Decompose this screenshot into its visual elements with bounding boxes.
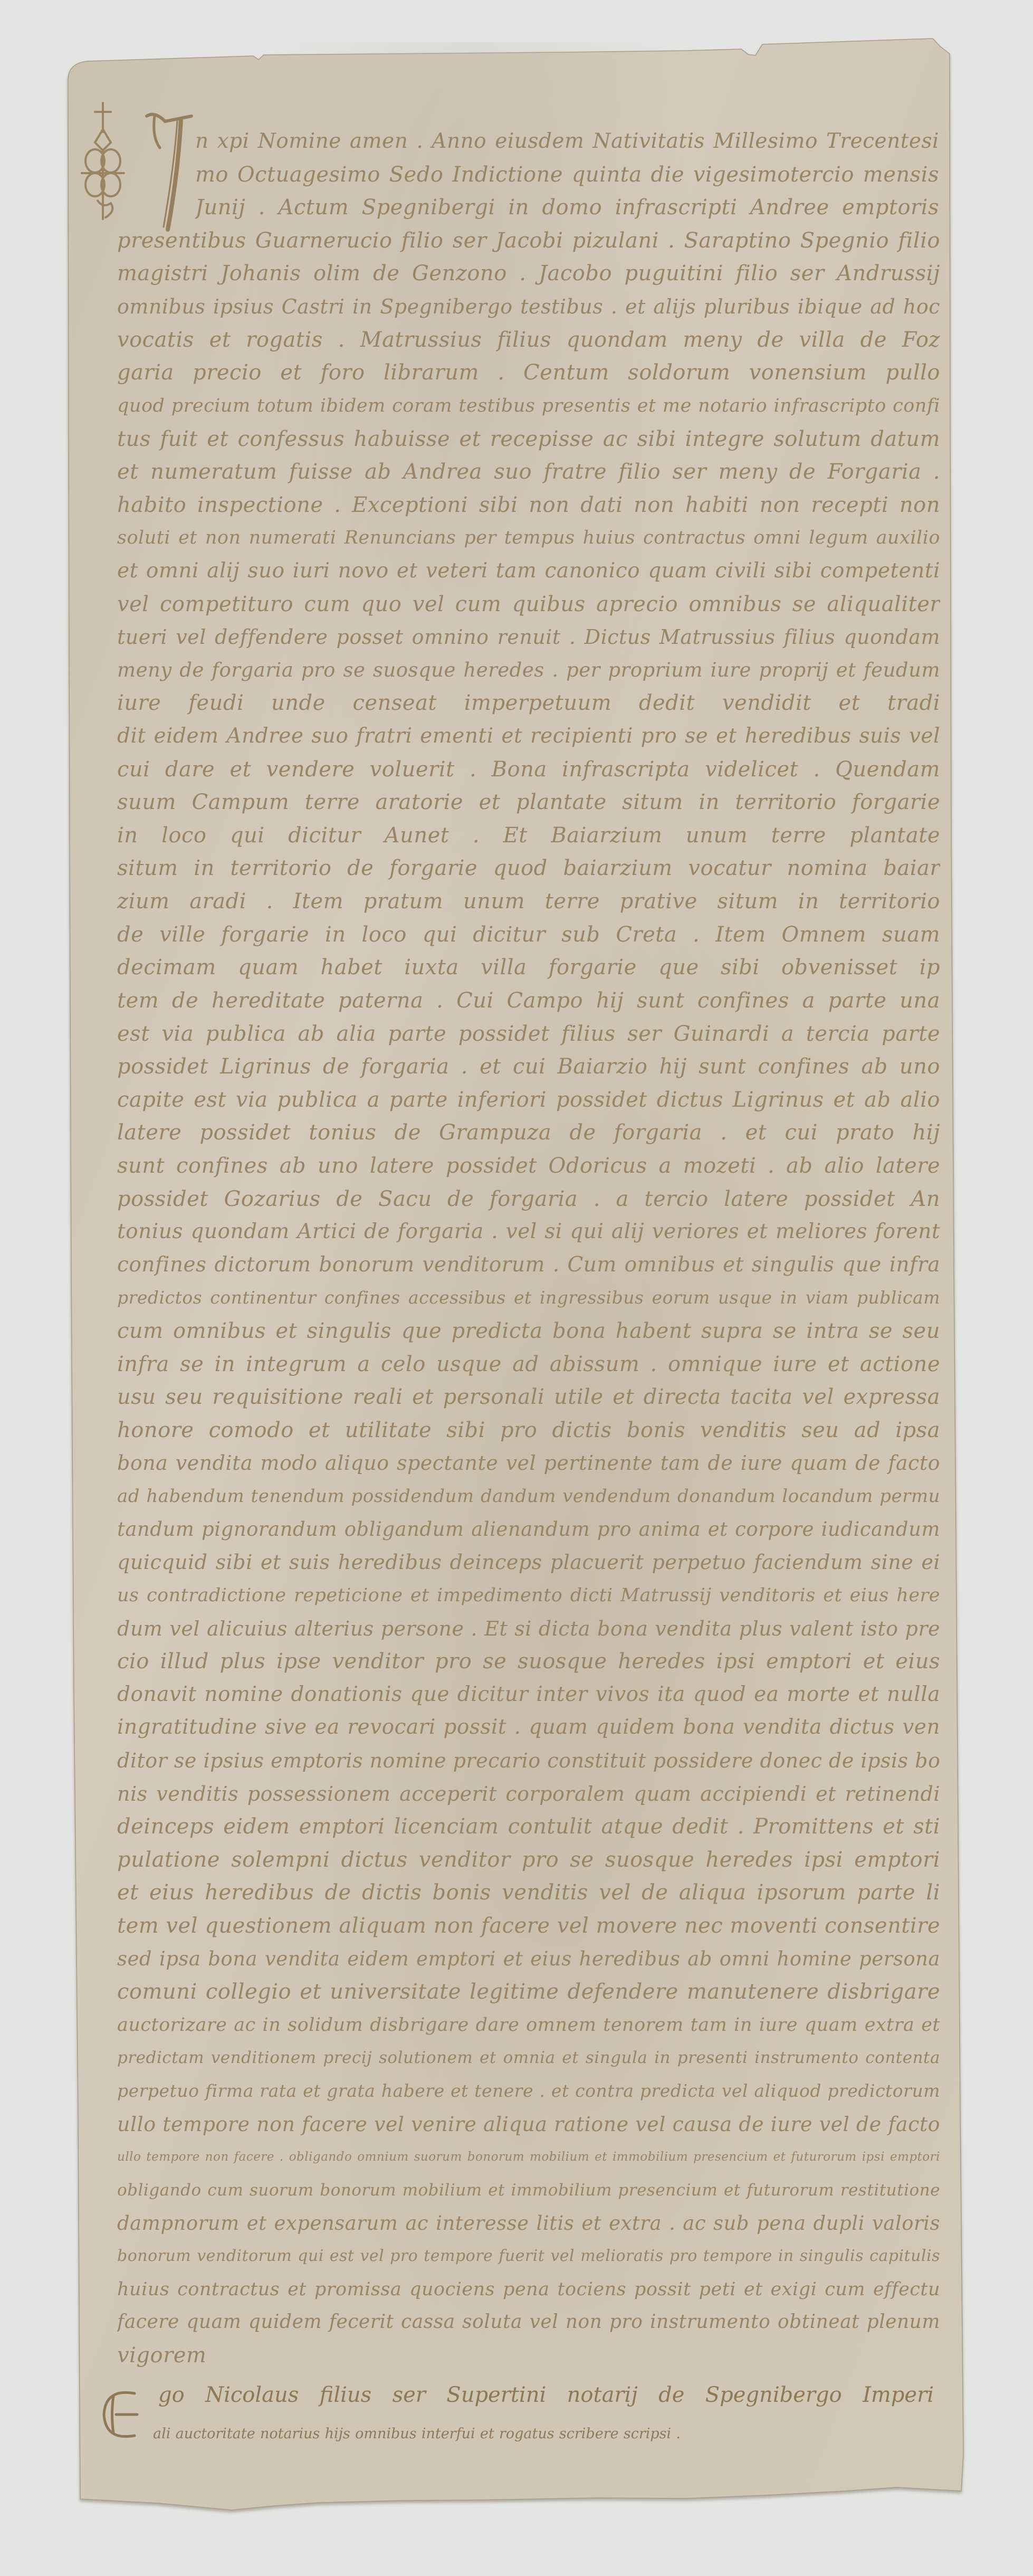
charter-line: infra se in integrum a celo usque ad abi… xyxy=(117,1348,940,1380)
charter-line: comuni collegio et universitate legitime… xyxy=(117,1976,940,2008)
charter-line: predictos continentur confines accessibu… xyxy=(117,1282,940,1314)
charter-line: bonorum venditorum qui est vel pro tempo… xyxy=(117,2240,940,2272)
charter-line: us contradictione repeticione et impedim… xyxy=(117,1580,940,1611)
charter-line: tem vel questionem aliquam non facere ve… xyxy=(117,1910,940,1942)
charter-line: et eius heredibus de dictis bonis vendit… xyxy=(117,1877,940,1908)
charter-line: meny de forgaria pro se suosque heredes … xyxy=(117,654,940,686)
charter-line: confines dictorum bonorum venditorum . C… xyxy=(117,1249,940,1281)
charter-line: cum omnibus et singulis que predicta bon… xyxy=(117,1315,940,1347)
charter-line: in loco qui dicitur Aunet . Et Baiarzium… xyxy=(117,820,940,851)
charter-line: soluti et non numerati Renuncians per te… xyxy=(117,522,940,554)
charter-line: presentibus Guarnerucio filio ser Jacobi… xyxy=(117,225,940,256)
charter-body: n xpi Nomine amen . Anno eiusdem Nativit… xyxy=(0,0,1033,2576)
charter-line: Junij . Actum Spegnibergi in domo infras… xyxy=(195,192,939,223)
charter-line: pulatione solempni dictus venditor pro s… xyxy=(117,1844,940,1876)
charter-line: ullo tempore non facere vel venire aliqu… xyxy=(117,2108,940,2140)
charter-line: n xpi Nomine amen . Anno eiusdem Nativit… xyxy=(195,126,939,157)
charter-line: facere quam quidem fecerit cassa soluta … xyxy=(117,2306,940,2338)
charter-line: mo Octuagesimo Sedo Indictione quinta di… xyxy=(195,159,939,191)
charter-line: ditor se ipsius emptoris nomine precario… xyxy=(117,1745,940,1776)
subscription-initial-icon xyxy=(98,2385,145,2444)
charter-line: magistri Johanis olim de Genzono . Jacob… xyxy=(117,258,940,289)
charter-line: quicquid sibi et suis heredibus deinceps… xyxy=(117,1546,940,1578)
charter-line: habito inspectione . Exceptioni sibi non… xyxy=(117,489,940,521)
charter-line: iure feudi unde censeat imperpetuum dedi… xyxy=(117,687,940,719)
charter-line: huius contractus et promissa quociens pe… xyxy=(117,2274,940,2305)
charter-line: situm in territorio de forgarie quod bai… xyxy=(117,852,940,884)
charter-line: latere possidet tonius de Grampuza de fo… xyxy=(117,1117,940,1148)
charter-line: possidet Ligrinus de forgaria . et cui B… xyxy=(117,1051,940,1082)
charter-line: omnibus ipsius Castri in Spegnibergo tes… xyxy=(117,291,940,322)
charter-line: vocatis et rogatis . Matrussius filius q… xyxy=(117,324,940,356)
charter-line: et numeratum fuisse ab Andrea suo fratre… xyxy=(117,456,940,488)
charter-line: dit eidem Andree suo fratri ementi et re… xyxy=(117,720,940,752)
charter-line: usu seu requisitione reali et personali … xyxy=(117,1381,940,1413)
charter-line: tonius quondam Artici de forgaria . vel … xyxy=(117,1216,940,1248)
charter-line: zium aradi . Item pratum unum terre prat… xyxy=(117,886,940,917)
charter-line: et omni alij suo iuri novo et veteri tam… xyxy=(117,555,940,587)
charter-line: predictam venditionem precij solutionem … xyxy=(117,2042,940,2074)
charter-line: ullo tempore non facere . obligando omni… xyxy=(117,2141,940,2173)
charter-line: capite est via publica a parte inferiori… xyxy=(117,1084,940,1116)
charter-line: dum vel alicuius alterius persone . Et s… xyxy=(117,1613,940,1645)
charter-line: bona vendita modo aliquo spectante vel p… xyxy=(117,1447,940,1479)
charter-line: deinceps eidem emptori licenciam contuli… xyxy=(117,1811,940,1842)
charter-line: garia precio et foro librarum . Centum s… xyxy=(117,357,940,388)
charter-line: nis venditis possessionem acceperit corp… xyxy=(117,1778,940,1810)
charter-line: tus fuit et confessus habuisse et recepi… xyxy=(117,423,940,455)
notary-subscription-line-1: go Nicolaus filius ser Supertini notarij… xyxy=(158,2379,934,2411)
notary-subscription-line-2: ali auctoritate notarius hijs omnibus in… xyxy=(153,2418,681,2450)
charter-line: sunt confines ab uno latere possidet Odo… xyxy=(117,1150,940,1182)
charter-line: obligando cum suorum bonorum mobilium et… xyxy=(117,2174,940,2206)
charter-line: possidet Gozarius de Sacu de forgaria . … xyxy=(117,1183,940,1215)
charter-line: dampnorum et expensarum ac interesse lit… xyxy=(117,2208,940,2239)
charter-line: auctorizare ac in solidum disbrigare dar… xyxy=(117,2009,940,2041)
charter-line: est via publica ab alia parte possidet f… xyxy=(117,1018,940,1050)
charter-line: cio illud plus ipse venditor pro se suos… xyxy=(117,1646,940,1677)
charter-line: perpetuo firma rata et grata habere et t… xyxy=(117,2075,940,2107)
charter-line: tueri vel deffendere posset omnino renui… xyxy=(117,621,940,653)
charter-line: decimam quam habet iuxta villa forgarie … xyxy=(117,952,940,983)
charter-line: tem de hereditate paterna . Cui Campo hi… xyxy=(117,985,940,1016)
charter-line: ingratitudine sive ea revocari possit . … xyxy=(117,1712,940,1743)
charter-line: ad habendum tenendum possidendum dandum … xyxy=(117,1480,940,1512)
charter-line: honore comodo et utilitate sibi pro dict… xyxy=(117,1414,940,1446)
charter-line: suum Campum terre aratorie et plantate s… xyxy=(117,786,940,818)
charter-line: sed ipsa bona vendita eidem emptori et e… xyxy=(117,1943,940,1975)
charter-line: donavit nomine donationis que dicitur in… xyxy=(117,1679,940,1710)
charter-line: quod precium totum ibidem coram testibus… xyxy=(117,390,940,422)
charter-line: tandum pignorandum obligandum alienandum… xyxy=(117,1514,940,1545)
charter-line: vel competituro cum quo vel cum quibus a… xyxy=(117,588,940,620)
charter-line: de ville forgarie in loco qui dicitur su… xyxy=(117,919,940,950)
charter-line: vigorem xyxy=(117,2340,940,2371)
charter-line: cui dare et vendere voluerit . Bona infr… xyxy=(117,754,940,785)
